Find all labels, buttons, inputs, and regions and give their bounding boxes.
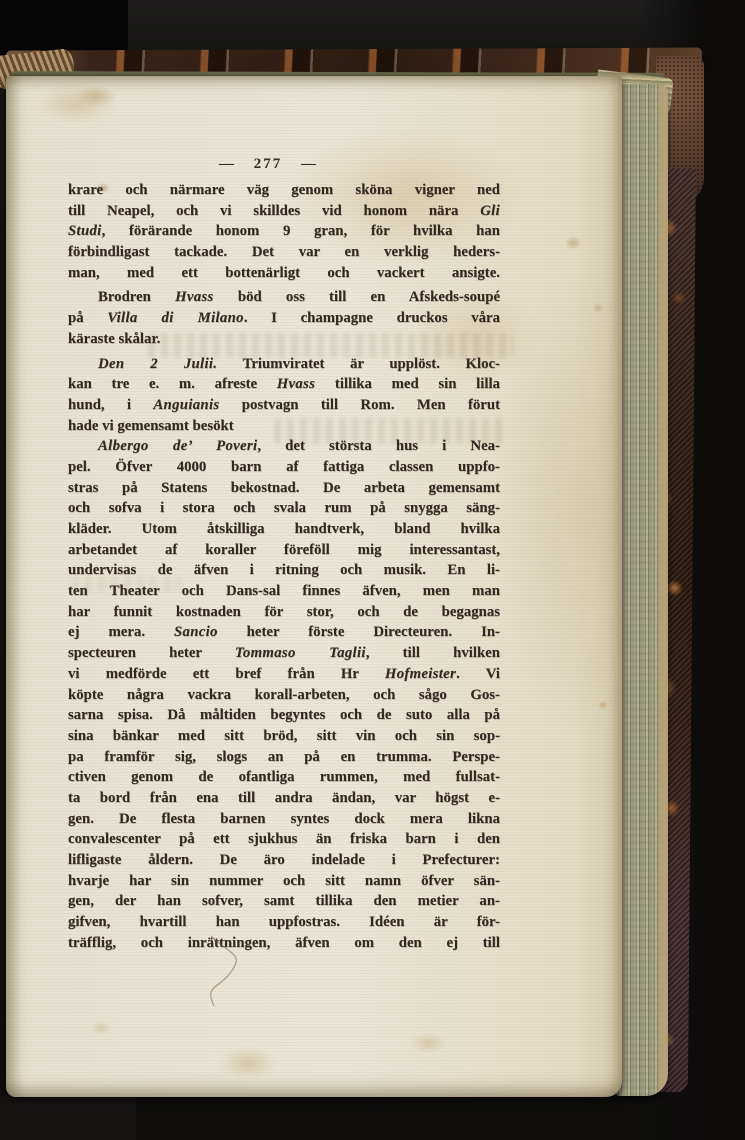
text-line: ten Theater och Dans-sal finnes äfven, m… xyxy=(68,581,500,602)
text-line: hade vi gemensamt besökt xyxy=(68,416,500,437)
text-line: convalescenter på ett sjukhus än friska … xyxy=(68,829,500,850)
text-line: Studi, förärande honom 9 gran, för hvilk… xyxy=(68,221,500,242)
header-right-dash: — xyxy=(301,156,317,172)
text-line: träfflig, och inrättningen, äfven om den… xyxy=(68,933,500,954)
scanned-book-photo: — 277 — krare och närmare väg genom skön… xyxy=(0,0,745,1140)
page-number: 277 xyxy=(254,156,283,172)
text-line: ej mera. Sancio heter förste Directeuren… xyxy=(68,622,500,643)
text-line: ctiven genom de ofantliga rummen, med fu… xyxy=(68,767,500,788)
text-line: krare och närmare väg genom sköna vigner… xyxy=(68,180,500,201)
text-line: gen. De flesta barnen syntes dock mera l… xyxy=(68,809,500,830)
text-line: köpte några vackra korall-arbeten, och s… xyxy=(68,685,500,706)
text-line: till Neapel, och vi skilldes vid honom n… xyxy=(68,201,500,222)
text-line: och sofva i stora och svala rum på snygg… xyxy=(68,498,500,519)
text-line: käraste skålar. xyxy=(68,329,500,350)
text-line: har funnit kostnaden för stor, och de be… xyxy=(68,602,500,623)
text-line: Brodren Hvass böd oss till en Afskeds-so… xyxy=(68,287,500,308)
text-line: kläder. Utom åtskilliga handtverk, bland… xyxy=(68,519,500,540)
text-line: ta bord från ena till andra ändan, var h… xyxy=(68,788,500,809)
text-line: undervisas de äfven i ritning och musik.… xyxy=(68,560,500,581)
book-fore-edge xyxy=(616,84,668,1096)
text-line: lifligaste åldern. De äro indelade i Pre… xyxy=(68,850,500,871)
page-number-header: — 277 — xyxy=(68,156,500,173)
text-line: specteuren heter Tommaso Taglii, till hv… xyxy=(68,643,500,664)
background-shadow-top-left xyxy=(0,0,128,56)
text-line: Albergo de’ Poveri, det största hus i Ne… xyxy=(68,436,500,457)
text-line: sina bänkar med sitt bröd, sitt vin och … xyxy=(68,726,500,747)
text-line: pa framför sig, slogs an på en trumma. P… xyxy=(68,747,500,768)
text-line: gifven, hvartill han uppfostras. Idéen ä… xyxy=(68,912,500,933)
text-line: gen, der han sofver, samt tillika den me… xyxy=(68,891,500,912)
header-left-dash: — xyxy=(219,156,235,172)
text-line: vi medförde ett bref från Hr Hofmeister.… xyxy=(68,664,500,685)
background-bottom-left xyxy=(0,1096,136,1140)
text-line: hund, i Anguianis postvagn till Rom. Men… xyxy=(68,395,500,416)
text-line: kan tre e. m. afreste Hvass tillika med … xyxy=(68,374,500,395)
text-line: hvarje har sin nummer och sitt namn öfve… xyxy=(68,871,500,892)
text-line: Den 2 Julii. Triumviratet är upplöst. Kl… xyxy=(68,354,500,375)
text-line: stras på Statens bekostnad. De arbeta ge… xyxy=(68,478,500,499)
text-line: pel. Öfver 4000 barn af fattiga classen … xyxy=(68,457,500,478)
text-line: man, med ett bottenärligt och vackert an… xyxy=(68,263,500,284)
text-line: arbetandet af koraller föreföll mig inte… xyxy=(68,540,500,561)
book-page: — 277 — krare och närmare väg genom skön… xyxy=(6,76,622,1097)
page-text-block: krare och närmare väg genom sköna vigner… xyxy=(68,180,500,953)
text-line: sarna spisa. Då måltiden begyntes och de… xyxy=(68,705,500,726)
text-line: på Villa di Milano. I champagne druckos … xyxy=(68,308,500,329)
background-right xyxy=(697,0,745,1140)
text-line: förbindligast tackade. Det var en verkli… xyxy=(68,242,500,263)
